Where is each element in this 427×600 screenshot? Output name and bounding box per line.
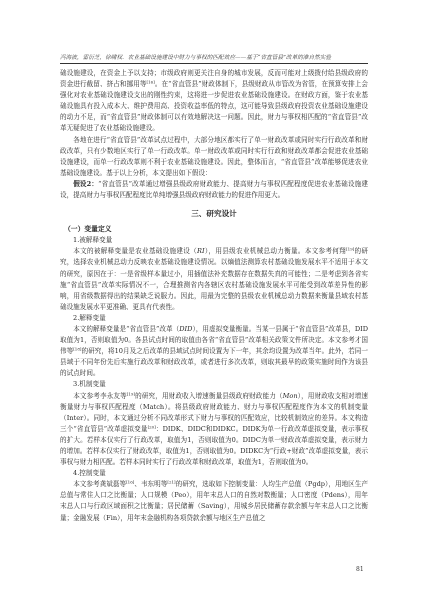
citation: [19] — [127, 391, 135, 396]
item-title-mechanism-variable: 3.机制变量 — [60, 379, 368, 390]
hypothesis-2: 假设2：“省直管县”改革通过增强县级政府财政能力、提高财力与事权匹配程度促进农业… — [60, 179, 368, 201]
hypothesis-label: 假设2： — [73, 180, 98, 188]
paragraph-control-variables: 本文参考龚斌磊等[16]、韦东明等[21]的研究，选取如下控制变量：人均生产总值… — [60, 479, 368, 523]
citation: [16] — [147, 80, 155, 85]
paper-page: 冯海波，雷衍芝，徐啸权．农业基础设施建设中财力与事权的匹配效应——基于“省直管县… — [0, 0, 427, 600]
paragraph-explanatory-variable: 本文的解释变量是“省直管县”改革（DID），用虚拟变量衡量。当某一县属于“省直管… — [60, 324, 368, 379]
page-number: 81 — [356, 566, 364, 573]
citation: [21] — [167, 480, 175, 485]
citation: [20] — [148, 424, 156, 429]
section-title: 三、研究设计 — [60, 208, 368, 220]
item-title-control-variables: 4.控制变量 — [60, 468, 368, 479]
body-text: 础设施建设，在资金上予以支持；市级政府则更关注自身的城市发展，反而可能对上级拨付… — [60, 68, 368, 524]
paragraph-continued: 础设施建设，在资金上予以支持；市级政府则更关注自身的城市发展，反而可能对上级拨付… — [60, 68, 368, 135]
running-header: 冯海波，雷衍芝，徐啸权．农业基础设施建设中财力与事权的匹配效应——基于“省直管县… — [60, 54, 368, 64]
paragraph-dependent-variable: 本文的被解释变量是农业基础设施建设（RI），用县级农业机械总动力衡量。本文参考何… — [60, 246, 368, 313]
subsection-title: （一）变量定义 — [60, 224, 368, 235]
item-title-explanatory-variable: 2.解释变量 — [60, 313, 368, 324]
paragraph-mechanism-variable: 本文参考李永友等[19]的研究，用财政收入增速衡量县级政府财政能力（Mon），用… — [60, 391, 368, 469]
item-title-dependent-variable: 1.被解释变量 — [60, 235, 368, 246]
paragraph: 各地在进行“省直管县”改革试点过程中，大部分地区都实行了单一财政改革或同时实行行… — [60, 135, 368, 179]
